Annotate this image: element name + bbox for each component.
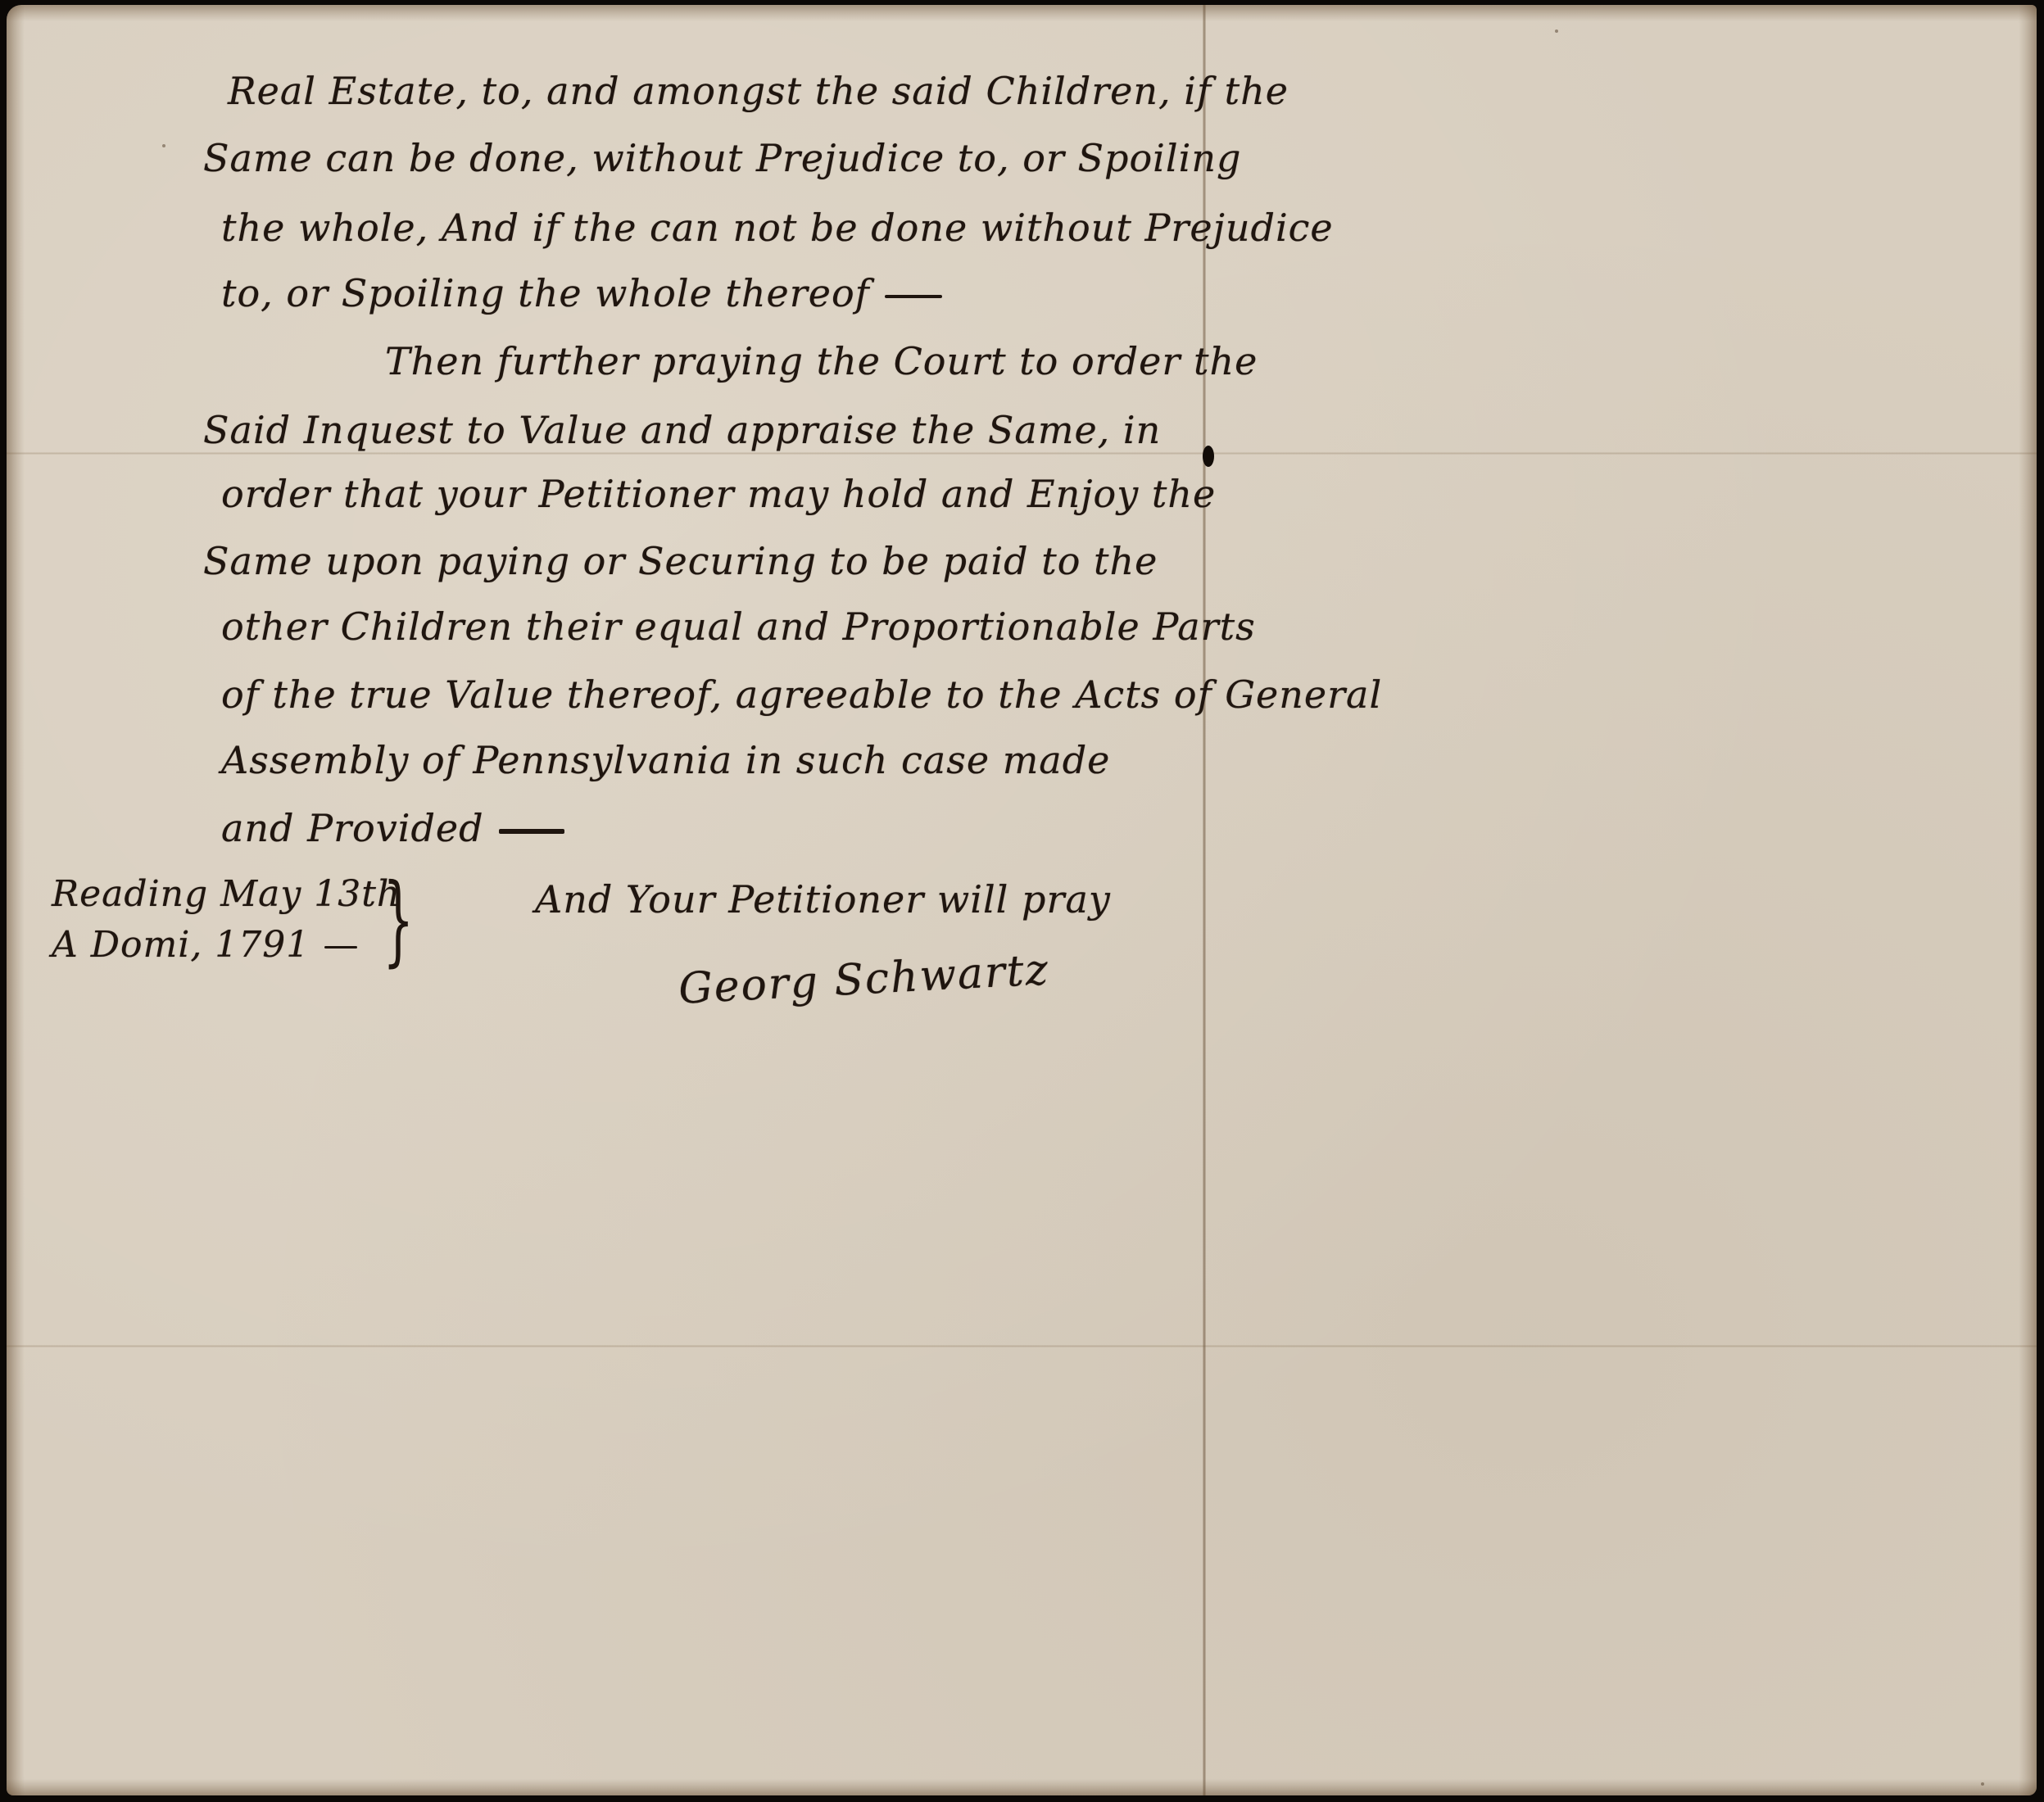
place-date-line-2-text: A Domi, 1791 bbox=[52, 924, 310, 966]
body-line-12-text: and Provided bbox=[221, 806, 484, 850]
closing-line: And Your Petitioner will pray bbox=[535, 877, 1111, 921]
body-line-7: order that your Petitioner may hold and … bbox=[221, 472, 1216, 516]
body-line-11: Assembly of Pennsylvania in such case ma… bbox=[221, 738, 1110, 782]
horizontal-fold-line bbox=[7, 1345, 2037, 1347]
body-line-9: other Children their equal and Proportio… bbox=[221, 604, 1256, 649]
place-date-line-1: Reading May 13th bbox=[52, 869, 404, 920]
body-line-3: the whole, And if the can not be done wi… bbox=[221, 206, 1334, 250]
paper-speck bbox=[1981, 1782, 1984, 1786]
body-line-1: Real Estate, to, and amongst the said Ch… bbox=[228, 69, 1289, 113]
body-line-8: Same upon paying or Securing to be paid … bbox=[203, 539, 1158, 583]
body-line-12: and Provided bbox=[221, 806, 564, 850]
signature: Georg Schwartz bbox=[678, 945, 1051, 1014]
body-line-6: Said Inquest to Value and appraise the S… bbox=[203, 408, 1161, 452]
place-date-block: Reading May 13th A Domi, 1791 bbox=[52, 869, 404, 971]
horizontal-fold-line bbox=[7, 452, 2037, 455]
document-sheet: Real Estate, to, and amongst the said Ch… bbox=[7, 5, 2037, 1795]
brace-glyph: } bbox=[383, 872, 414, 970]
line-end-dash bbox=[499, 829, 564, 834]
body-line-10: of the true Value thereof, agreeable to … bbox=[221, 672, 1382, 717]
paper-speck bbox=[162, 144, 165, 147]
place-date-line-2: A Domi, 1791 bbox=[52, 920, 404, 971]
vertical-fold-line bbox=[1203, 5, 1206, 1795]
body-line-4-text: to, or Spoiling the whole thereof bbox=[221, 271, 870, 315]
line-end-dash bbox=[885, 295, 942, 298]
line-end-dash bbox=[324, 946, 357, 949]
body-line-5: Then further praying the Court to order … bbox=[385, 339, 1258, 383]
body-line-2: Same can be done, without Prejudice to, … bbox=[203, 136, 1241, 180]
body-line-4: to, or Spoiling the whole thereof bbox=[221, 271, 942, 315]
paper-speck bbox=[1555, 29, 1558, 33]
ink-blot bbox=[1203, 446, 1214, 467]
